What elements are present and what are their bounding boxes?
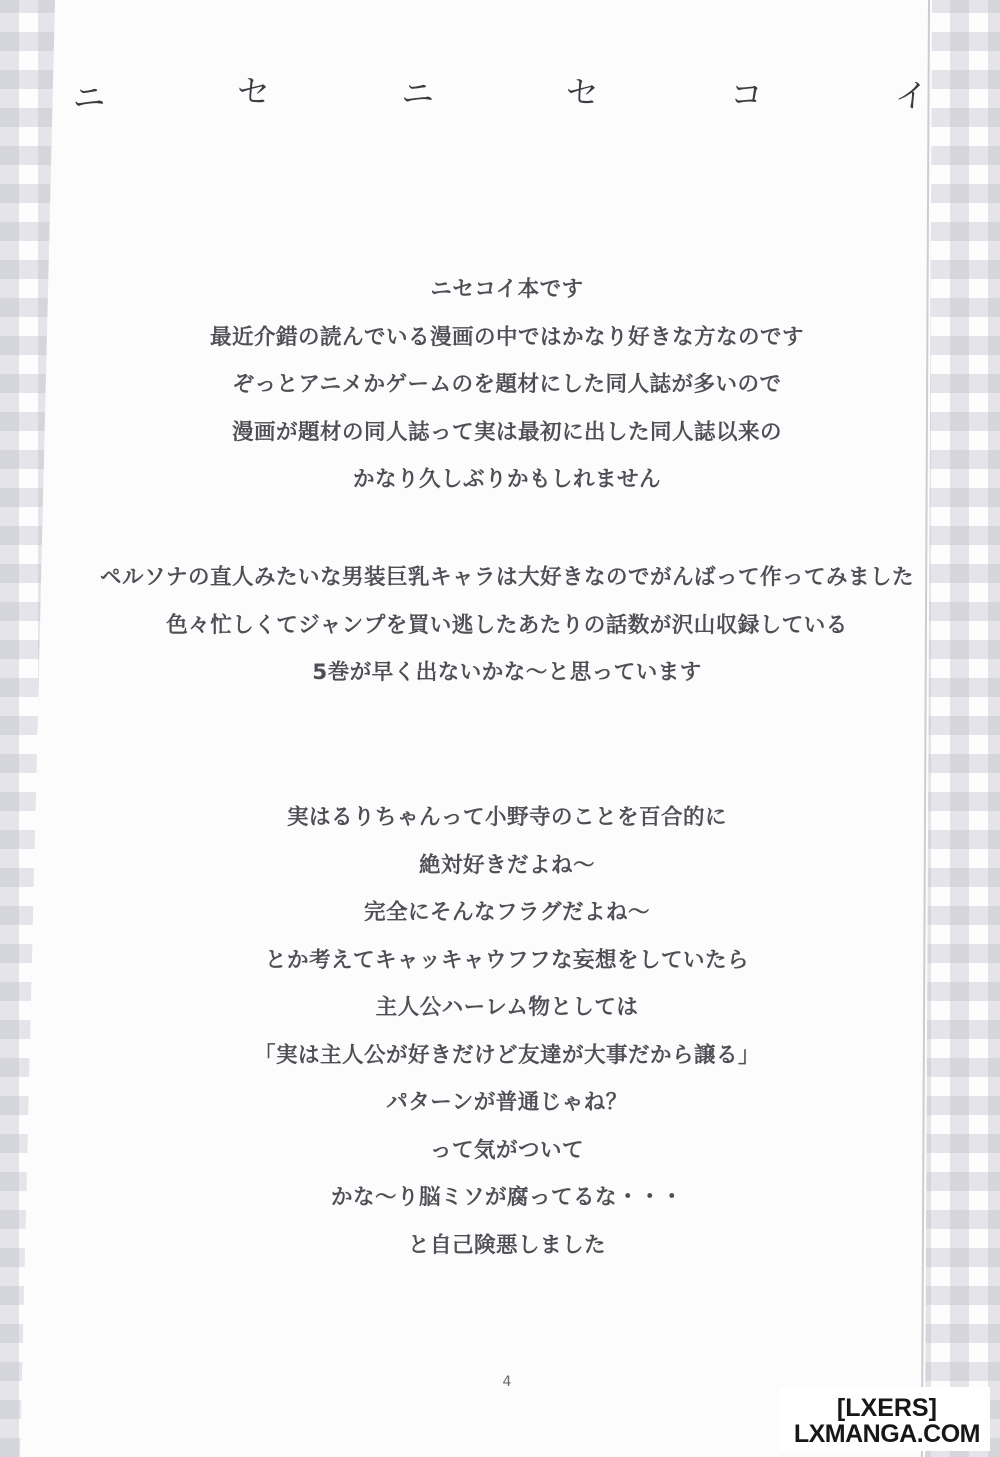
- text-line: 主人公ハーレム物としては: [32, 984, 982, 1032]
- afterword-text: ニセコイ本です 最近介錯の読んでいる漫画の中ではかなり好きな方なのです ぞっとア…: [32, 0, 982, 1457]
- text-line: 5巻が早く出ないかな〜と思っています: [32, 649, 982, 697]
- afterword-paragraph-2: ペルソナの直人みたいな男装巨乳キャラは大好きなのでがんばって作ってみました 色々…: [32, 554, 982, 697]
- watermark: [LXERS] LXMANGA.COM: [780, 1387, 990, 1452]
- text-line: 完全にそんなフラグだよね〜: [32, 889, 982, 937]
- afterword-paragraph-1: ニセコイ本です 最近介錯の読んでいる漫画の中ではかなり好きな方なのです ぞっとア…: [32, 266, 982, 504]
- text-line: 絶対好きだよね〜: [32, 842, 982, 890]
- text-line: 色々忙しくてジャンプを買い逃したあたりの話数が沢山収録している: [32, 602, 982, 650]
- text-line: かな〜り脳ミソが腐ってるな・・・: [32, 1174, 982, 1222]
- text-line: パターンが普通じゃね？: [32, 1079, 982, 1127]
- scanned-page-canvas: ニ セ ニ セ コ イ ニセコイ本です 最近介錯の読んでいる漫画の中ではかなり好…: [0, 0, 1000, 1457]
- text-line: と自己険悪しました: [32, 1222, 982, 1270]
- text-line: 漫画が題材の同人誌って実は最初に出した同人誌以来の: [32, 409, 982, 457]
- text-line: 実はるりちゃんって小野寺のことを百合的に: [32, 794, 982, 842]
- text-line: って気がついて: [32, 1127, 982, 1175]
- text-line: かなり久しぶりかもしれません: [32, 456, 982, 504]
- text-line: とか考えてキャッキャウフフな妄想をしていたら: [32, 937, 982, 985]
- text-line: ニセコイ本です: [32, 266, 982, 314]
- text-line: ぞっとアニメかゲームのを題材にした同人誌が多いので: [32, 361, 982, 409]
- watermark-group-name: [LXERS]: [794, 1395, 980, 1421]
- text-line: 最近介錯の読んでいる漫画の中ではかなり好きな方なのです: [32, 314, 982, 362]
- text-line: ペルソナの直人みたいな男装巨乳キャラは大好きなのでがんばって作ってみました: [32, 554, 982, 602]
- watermark-site-name: LXMANGA.COM: [794, 1421, 980, 1447]
- text-line: 「実は主人公が好きだけど友達が大事だから譲る」: [32, 1032, 982, 1080]
- afterword-paragraph-3: 実はるりちゃんって小野寺のことを百合的に 絶対好きだよね〜 完全にそんなフラグだ…: [32, 794, 982, 1269]
